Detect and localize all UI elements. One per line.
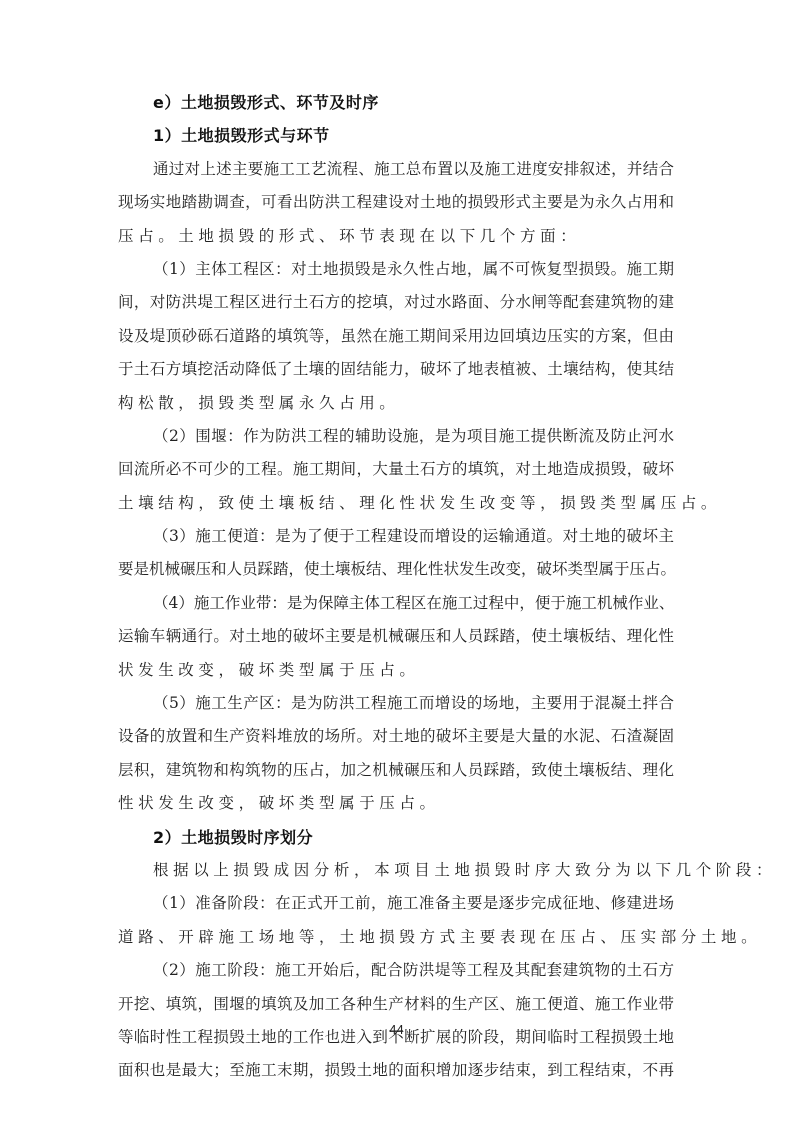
text-line: 现场实地踏勘调查，可看出防洪工程建设对土地的损毁形式主要是为永久占用和 [118, 186, 674, 219]
paragraph-main-works: （1）主体工程区：对土地损毁是永久性占地，属不可恢复型损毁。施工期 间，对防洪堤… [118, 253, 674, 420]
subsection-heading-1: 1）土地损毁形式与环节 [118, 119, 674, 152]
text-line: 设及堤顶砂砾石道路的填筑等，虽然在施工期间采用边回填边压实的方案，但由 [118, 320, 674, 353]
text-line: （4）施工作业带：是为保障主体工程区在施工过程中，便于施工机械作业、 [118, 587, 674, 620]
paragraph-access-road: （3）施工便道：是为了便于工程建设而增设的运输通道。对土地的破坏主 要是机械碾压… [118, 520, 674, 587]
text-line: （1）主体工程区：对土地损毁是永久性占地，属不可恢复型损毁。施工期 [118, 253, 674, 286]
paragraph-construction-stage: （2）施工阶段：施工开始后，配合防洪堤等工程及其配套建筑物的土石方 开挖、填筑，… [118, 954, 674, 1088]
paragraph-work-zone: （4）施工作业带：是为保障主体工程区在施工过程中，便于施工机械作业、 运输车辆通… [118, 587, 674, 687]
text-line: 开挖、填筑，围堰的填筑及加工各种生产材料的生产区、施工便道、施工作业带 [118, 988, 674, 1021]
text-line: 土壤结构，致使土壤板结、理化性状发生改变等，损毁类型属压占。 [118, 487, 674, 520]
paragraph-cofferdam: （2）围堰：作为防洪工程的辅助设施，是为项目施工提供断流及防止河水 回流所必不可… [118, 420, 674, 520]
paragraph-timing-intro: 根据以上损毁成因分析，本项目土地损毁时序大致分为以下几个阶段： [118, 854, 674, 887]
text-line: 要是机械碾压和人员踩踏，使土壤板结、理化性状发生改变，破坏类型属于压占。 [118, 553, 674, 586]
page-number: 44 [0, 1022, 793, 1037]
text-line: （2）施工阶段：施工开始后，配合防洪堤等工程及其配套建筑物的土石方 [118, 954, 674, 987]
text-line: （1）准备阶段：在正式开工前，施工准备主要是逐步完成征地、修建进场 [118, 887, 674, 920]
text-line: 性状发生改变，破坏类型属于压占。 [118, 787, 674, 820]
subsection-heading-2: 2）土地损毁时序划分 [118, 821, 674, 854]
text-line: （3）施工便道：是为了便于工程建设而增设的运输通道。对土地的破坏主 [118, 520, 674, 553]
text-line: 设备的放置和生产资料堆放的场所。对土地的破坏主要是大量的水泥、石渣凝固 [118, 720, 674, 753]
text-line: 回流所必不可少的工程。施工期间，大量土石方的填筑，对土地造成损毁，破坏 [118, 453, 674, 486]
text-line: （2）围堰：作为防洪工程的辅助设施，是为项目施工提供断流及防止河水 [118, 420, 674, 453]
text-line: 状发生改变，破坏类型属于压占。 [118, 654, 674, 687]
document-page: e）土地损毁形式、环节及时序 1）土地损毁形式与环节 通过对上述主要施工工艺流程… [118, 86, 674, 1088]
section-heading-e: e）土地损毁形式、环节及时序 [118, 86, 674, 119]
paragraph-production-area: （5）施工生产区：是为防洪工程施工而增设的场地，主要用于混凝土拌合 设备的放置和… [118, 687, 674, 821]
text-line: 运输车辆通行。对土地的破坏主要是机械碾压和人员踩踏，使土壤板结、理化性 [118, 620, 674, 653]
text-line: 压占。土地损毁的形式、环节表现在以下几个方面： [118, 220, 674, 253]
text-line: 于土石方填挖活动降低了土壤的固结能力，破坏了地表植被、土壤结构，使其结 [118, 353, 674, 386]
text-line: 间，对防洪堤工程区进行土石方的挖填，对过水路面、分水闸等配套建筑物的建 [118, 286, 674, 319]
text-line: （5）施工生产区：是为防洪工程施工而增设的场地，主要用于混凝土拌合 [118, 687, 674, 720]
paragraph-preparation-stage: （1）准备阶段：在正式开工前，施工准备主要是逐步完成征地、修建进场 道路、开辟施… [118, 887, 674, 954]
text-line: 通过对上述主要施工工艺流程、施工总布置以及施工进度安排叙述，并结合 [118, 153, 674, 186]
text-line: 面积也是最大；至施工末期，损毁土地的面积增加逐步结束，到工程结束，不再 [118, 1054, 674, 1087]
text-line: 层积，建筑物和构筑物的压占，加之机械碾压和人员踩踏，致使土壤板结、理化 [118, 754, 674, 787]
text-line: 道路、开辟施工场地等，土地损毁方式主要表现在压占、压实部分土地。 [118, 921, 674, 954]
paragraph-intro: 通过对上述主要施工工艺流程、施工总布置以及施工进度安排叙述，并结合 现场实地踏勘… [118, 153, 674, 253]
text-line: 构松散，损毁类型属永久占用。 [118, 387, 674, 420]
text-line: 根据以上损毁成因分析，本项目土地损毁时序大致分为以下几个阶段： [118, 854, 674, 887]
